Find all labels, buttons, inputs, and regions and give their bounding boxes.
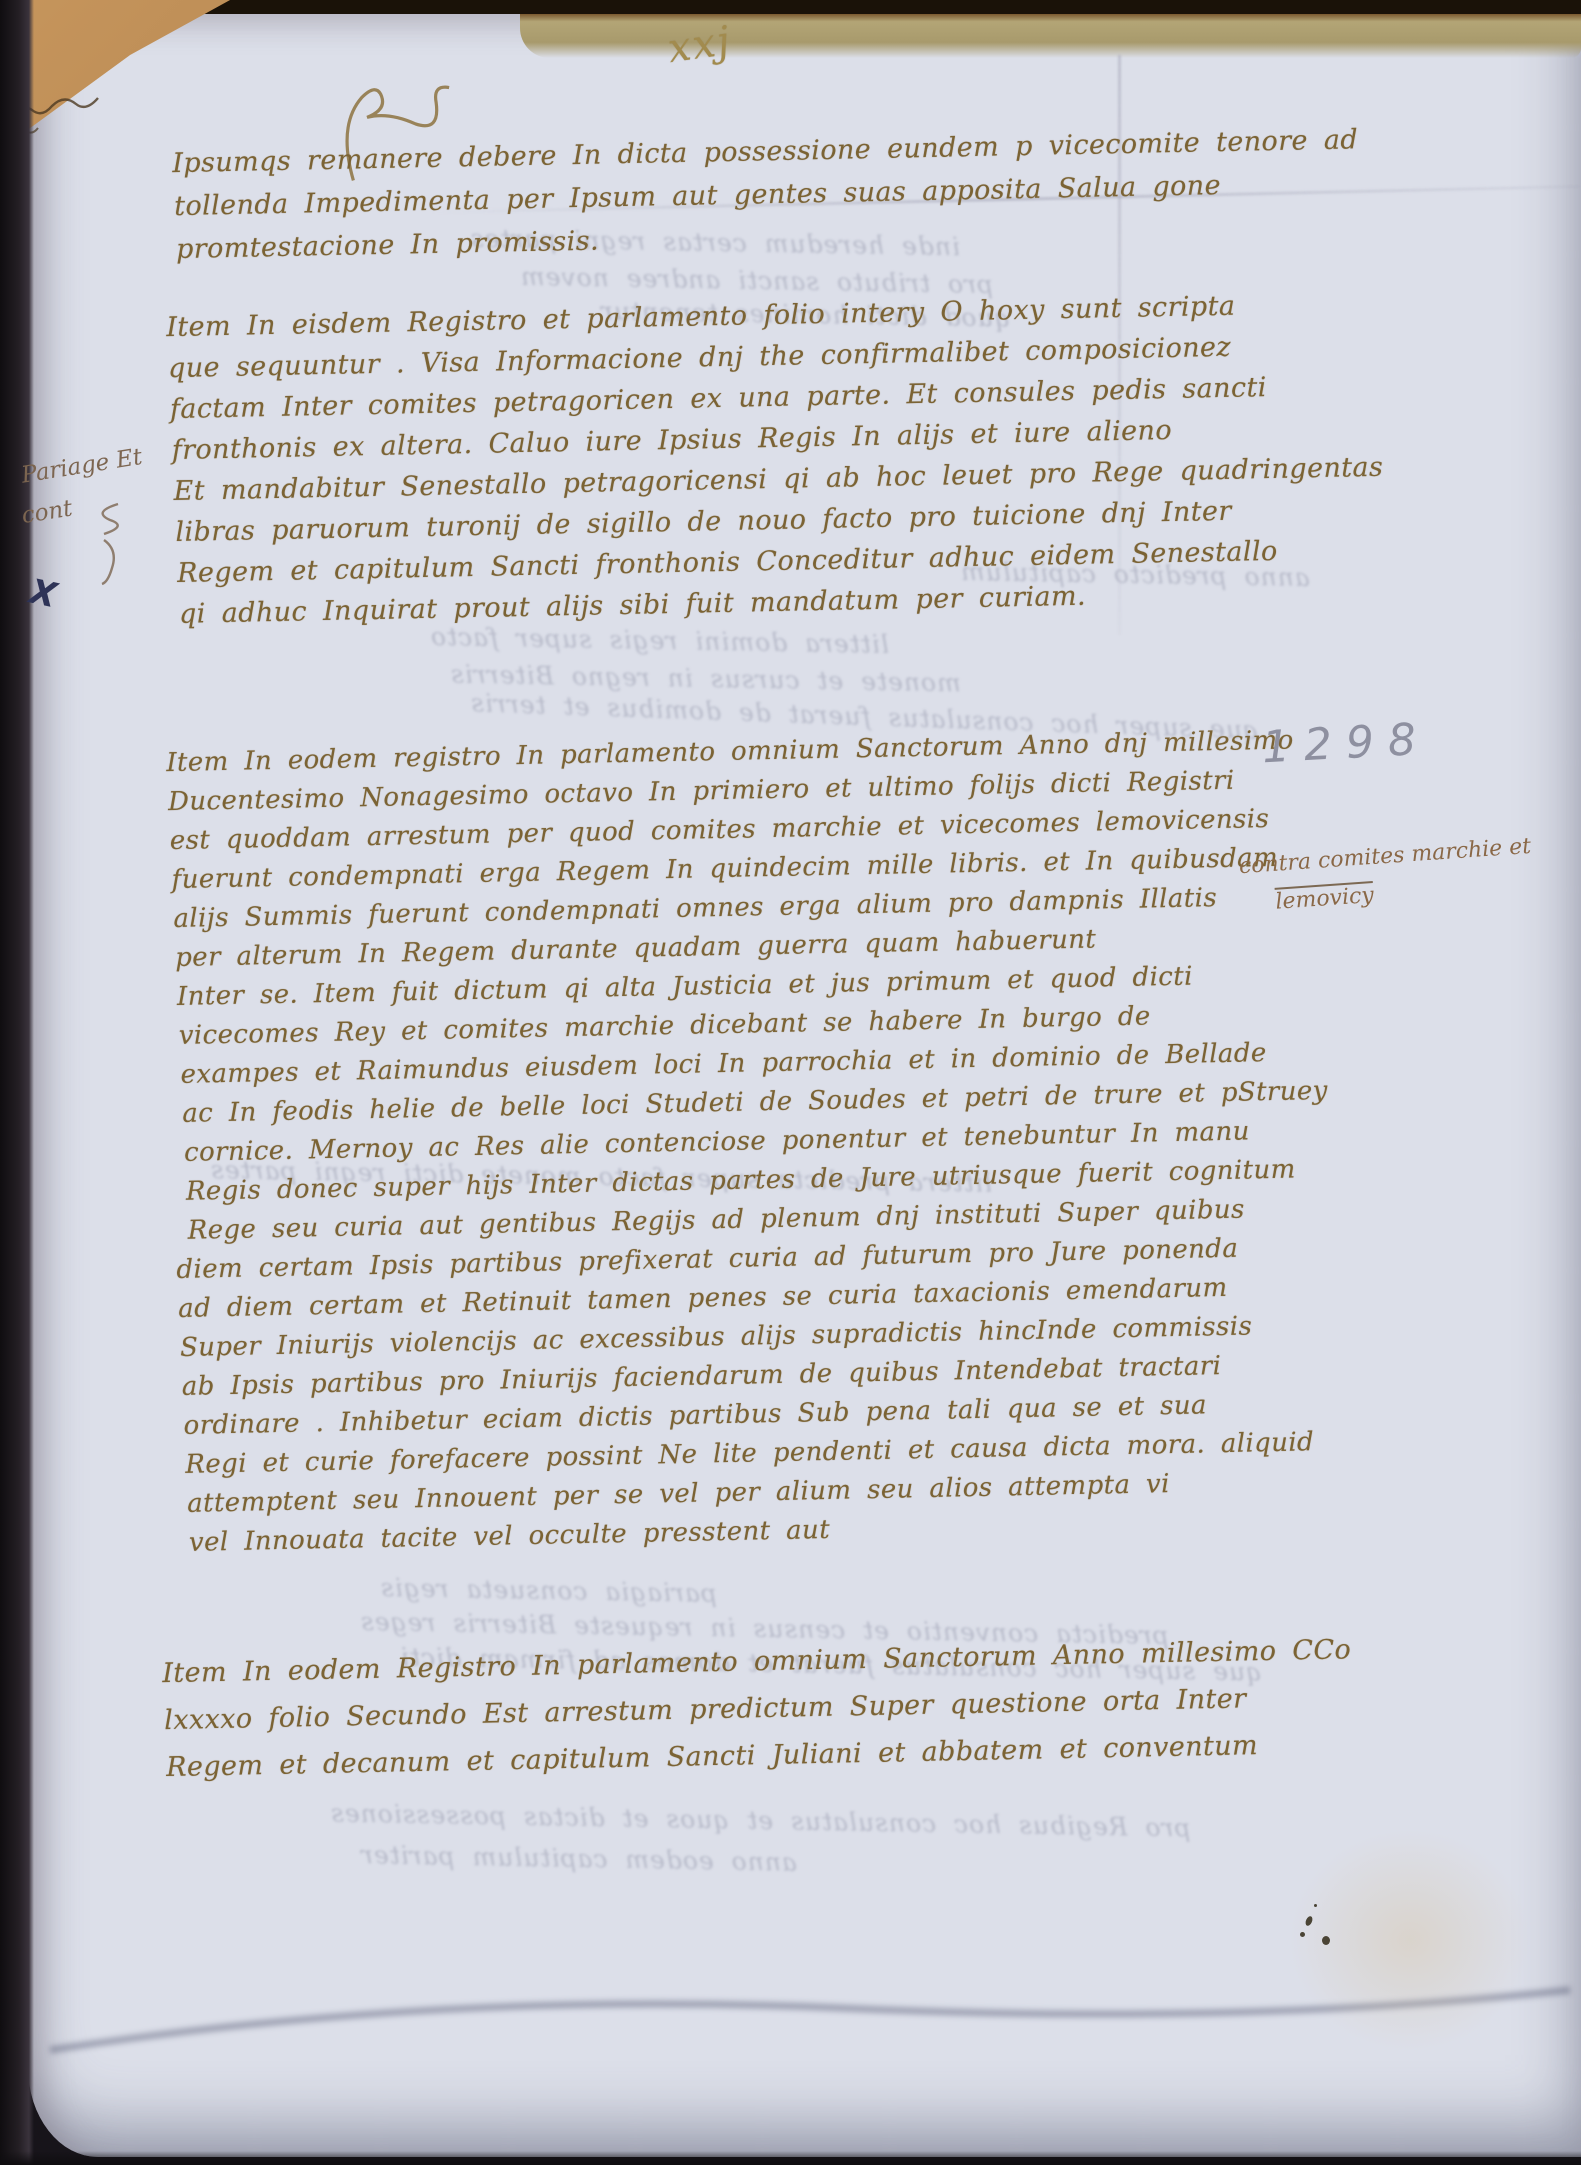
paragraph-3: Item In eodem registro In parlamento omn… bbox=[172, 725, 1337, 1567]
paragraph-2: Item In eisdem Registro et parlamento fo… bbox=[172, 288, 1386, 640]
paragraph-4: Item In eodem Registro In parlamento omn… bbox=[168, 1634, 1354, 1799]
ink-speck-mark bbox=[1300, 1902, 1340, 1952]
photo-top-edge bbox=[0, 0, 1581, 14]
paragraph-1: Ipsumqs remanere debere In dicta possess… bbox=[178, 124, 1360, 277]
pencil-year-annotation: 1298 bbox=[1261, 714, 1431, 774]
manuscript-photo: inde heredum certas regni partespro trib… bbox=[0, 0, 1581, 2165]
photo-bottom-edge bbox=[0, 2151, 1581, 2165]
folio-number: xxj bbox=[665, 18, 734, 72]
left-margin-note-flourish bbox=[58, 500, 148, 590]
binding-shadow-edge bbox=[0, 0, 34, 2165]
showthrough-line: pariagia consueta regis bbox=[380, 1573, 717, 1608]
